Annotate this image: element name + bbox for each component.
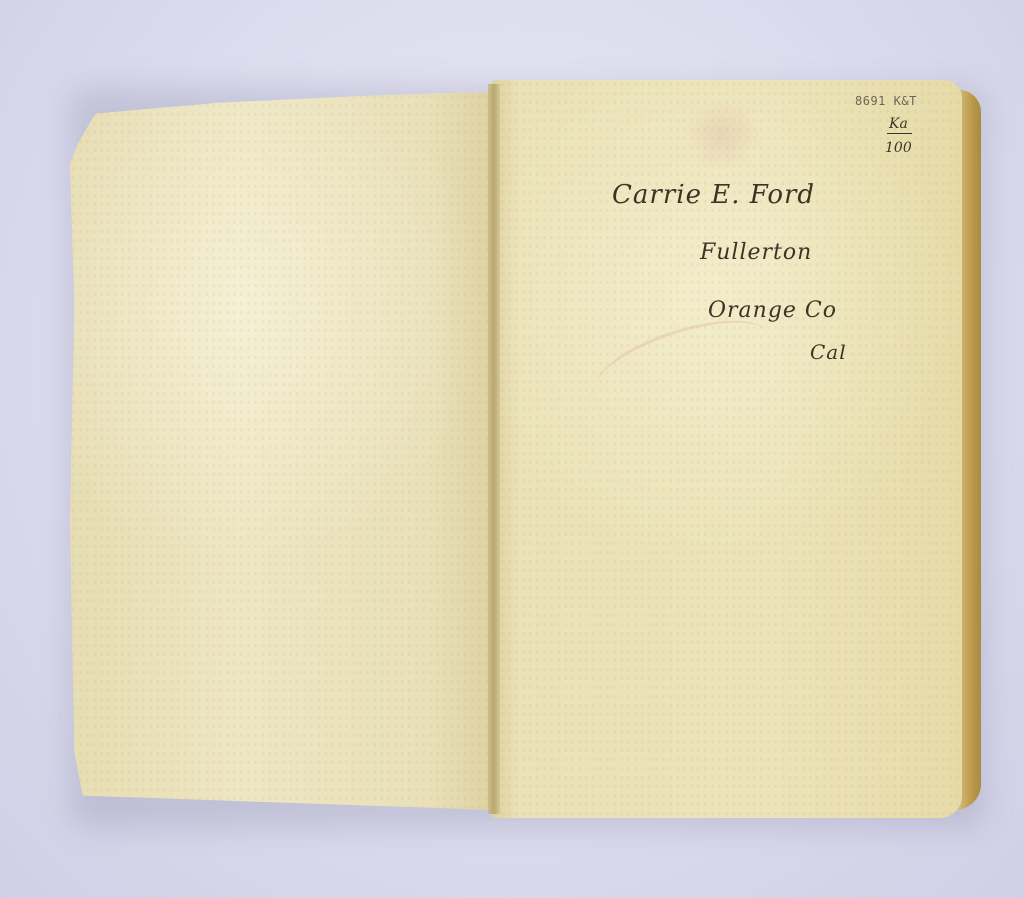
price-mark-top: Ka [887,116,912,134]
notebook-spine [488,84,500,814]
printed-stamp: 8691 K&T [855,94,917,108]
inscription-city: Fullerton [700,240,812,265]
inscription-county: Orange Co [708,298,837,323]
inscription-state: Cal [810,340,847,364]
pink-stain [682,100,762,170]
inscription-name: Carrie E. Ford [612,180,815,210]
left-page [70,92,495,810]
price-mark-bottom: 100 [885,140,912,156]
